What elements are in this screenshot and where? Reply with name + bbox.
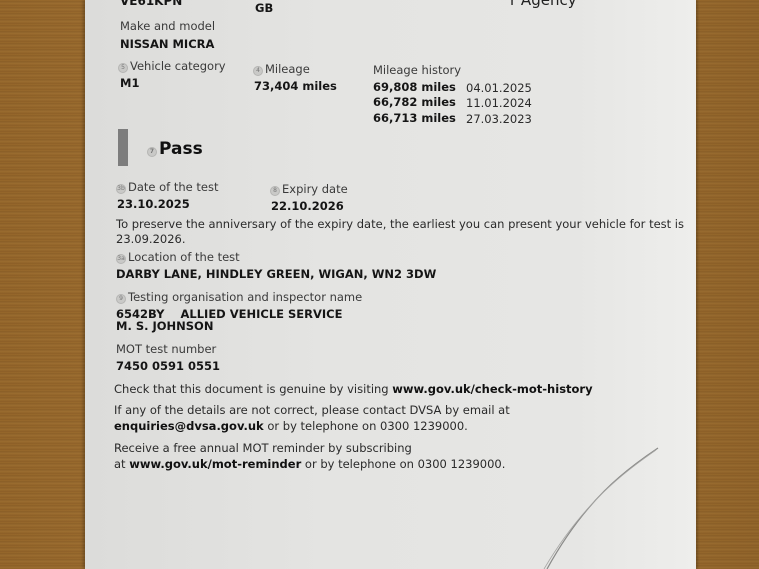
make-model-value: NISSAN MICRA — [120, 37, 214, 51]
mileage-history-miles-2: 66,713 miles — [373, 111, 456, 125]
contact-text-line1: If any of the details are not correct, p… — [114, 403, 510, 417]
anniversary-note-line2: 23.09.2026. — [116, 232, 186, 246]
inspector-name: M. S. JOHNSON — [116, 319, 213, 333]
location-value: DARBY LANE, HINDLEY GREEN, WIGAN, WN2 3D… — [116, 267, 436, 281]
expiry-date-label-text: Expiry date — [282, 182, 348, 196]
vehicle-category-label-text: Vehicle category — [130, 59, 226, 73]
reminder-text-line1: Receive a free annual MOT reminder by su… — [114, 441, 412, 455]
test-number-value: 7450 0591 0551 — [116, 359, 220, 373]
check-mot-history-link[interactable]: www.gov.uk/check-mot-history — [392, 382, 592, 396]
contact-phone-text: or by telephone on 0300 1239000. — [264, 419, 468, 433]
mileage-history-miles-1: 66,782 miles — [373, 95, 456, 109]
mileage-label-text: Mileage — [265, 62, 310, 76]
location-label-text: Location of the test — [128, 250, 240, 264]
registration-number: VE61KPN — [120, 0, 182, 8]
mileage-history-date-2: 27.03.2023 — [466, 112, 532, 126]
field-number-icon: 7 — [147, 147, 157, 157]
result-status-bar — [118, 129, 128, 166]
result-status: 7Pass — [147, 139, 203, 159]
result-status-text: Pass — [159, 139, 203, 159]
mileage-history-date-0: 04.01.2025 — [466, 81, 532, 95]
mileage-history-date-1: 11.01.2024 — [466, 96, 532, 110]
expiry-date-label: 8Expiry date — [270, 182, 348, 196]
vehicle-category-label: 5Vehicle category — [118, 59, 226, 73]
field-number-icon: 3b — [116, 184, 126, 194]
agency-heading-fragment: r Agency — [510, 0, 577, 9]
reminder-prefix: at — [114, 457, 129, 471]
field-number-icon: 5 — [118, 63, 128, 73]
field-number-icon: 3a — [116, 254, 126, 264]
contact-text-line2: enquiries@dvsa.gov.uk or by telephone on… — [114, 419, 468, 433]
check-genuine-text: Check that this document is genuine by v… — [114, 382, 593, 396]
location-label: 3aLocation of the test — [116, 250, 240, 264]
dvsa-email-link[interactable]: enquiries@dvsa.gov.uk — [114, 419, 264, 433]
field-number-icon: 4 — [253, 66, 263, 76]
mileage-history-miles-0: 69,808 miles — [373, 80, 456, 94]
anniversary-note-line1: To preserve the anniversary of the expir… — [116, 217, 684, 231]
pencil-mark — [525, 440, 665, 569]
tester-label-text: Testing organisation and inspector name — [128, 290, 362, 304]
test-number-label: MOT test number — [116, 342, 216, 356]
check-genuine-prefix: Check that this document is genuine by v… — [114, 382, 392, 396]
mot-certificate-document: VE61KPN GB r Agency Make and model NISSA… — [85, 0, 696, 569]
mot-reminder-link[interactable]: www.gov.uk/mot-reminder — [129, 457, 301, 471]
field-number-icon: 9 — [116, 294, 126, 304]
vehicle-category-value: M1 — [120, 76, 139, 90]
test-date-label-text: Date of the test — [128, 180, 219, 194]
mileage-label: 4Mileage — [253, 62, 310, 76]
reminder-text-line2: at www.gov.uk/mot-reminder or by telepho… — [114, 457, 505, 471]
test-date-value: 23.10.2025 — [117, 197, 190, 211]
tester-label: 9Testing organisation and inspector name — [116, 290, 362, 304]
mileage-value: 73,404 miles — [254, 79, 337, 93]
field-number-icon: 8 — [270, 186, 280, 196]
expiry-date-value: 22.10.2026 — [271, 199, 344, 213]
reminder-phone-text: or by telephone on 0300 1239000. — [301, 457, 505, 471]
make-model-label: Make and model — [120, 19, 215, 33]
test-date-label: 3bDate of the test — [116, 180, 219, 194]
country-code: GB — [255, 1, 273, 15]
mileage-history-label: Mileage history — [373, 63, 461, 77]
